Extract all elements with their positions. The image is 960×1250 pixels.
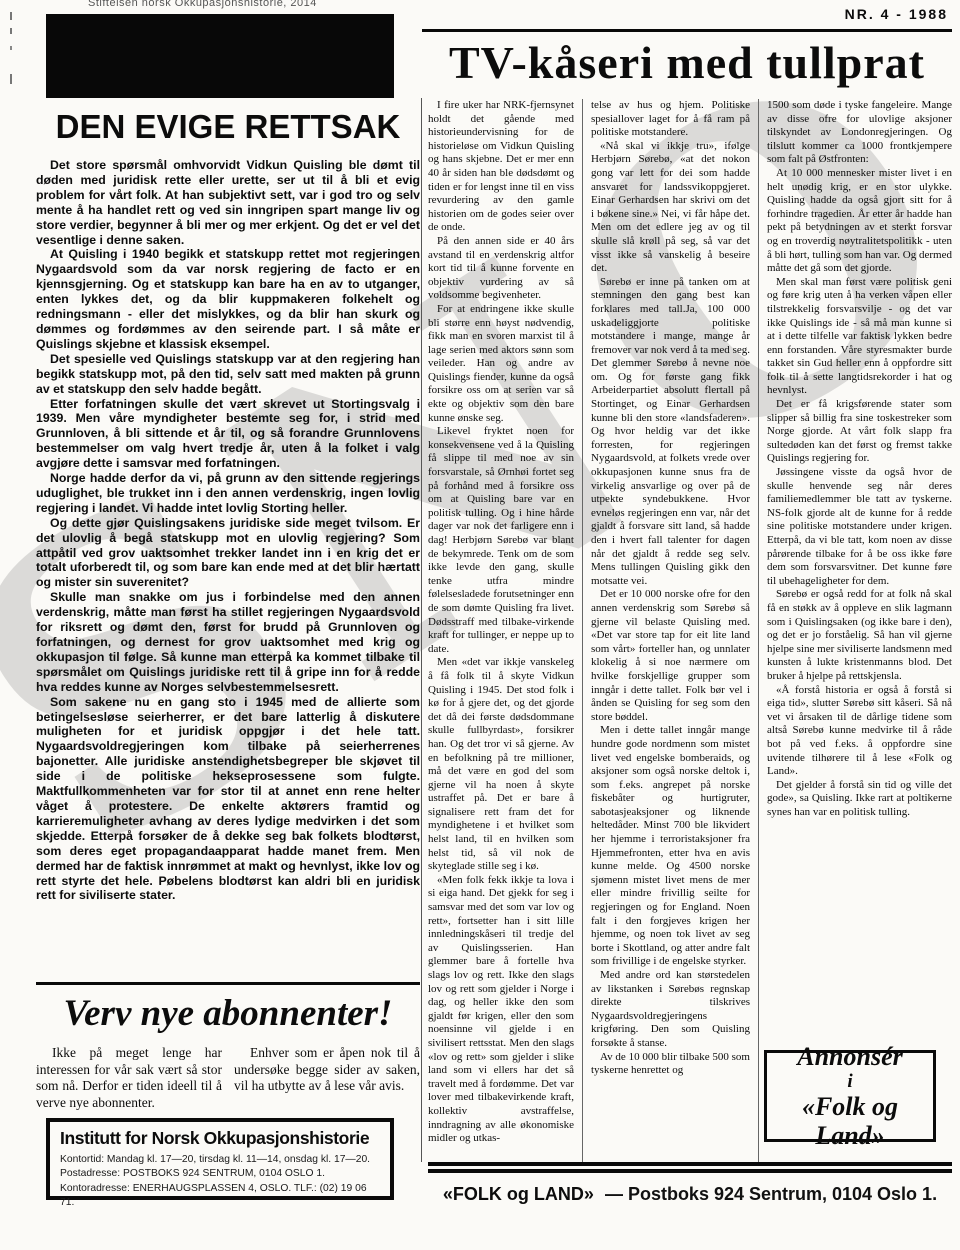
institute-info-line: Kontoradresse: ENERHAUGSPLASSEN 4, OSLO.… — [60, 1182, 380, 1211]
article-paragraph: Men «det var ikkje vanskeleg å få folk t… — [428, 656, 574, 874]
article-paragraph: telse av hus og hjem. Politiske spesiall… — [591, 99, 750, 140]
scan-margin-marks — [10, 12, 12, 84]
advert-line: Annonsér — [767, 1042, 933, 1071]
article-paragraph: Men skal man først være politisk geni og… — [767, 276, 952, 398]
main-article-columns: I fire uker har NRK-fjernsynet holdt det… — [428, 99, 952, 1163]
newspaper-page: SNO Stiftelsen norsk Okkupasjonshistorie… — [0, 0, 960, 1250]
subscribe-columns: Ikke på meget lenge har interessen for v… — [36, 1045, 420, 1111]
article-paragraph: Det gjelder å forstå sin tid og ville de… — [767, 779, 952, 820]
footer-address: — Postboks 924 Sentrum, 0104 Oslo 1. — [605, 1184, 937, 1204]
article-paragraph: «Nå skal vi ikkje tru», ifølge Herbjørn … — [591, 140, 750, 276]
article-paragraph: Av de 10 000 blir tilbake 500 som tysker… — [591, 1051, 750, 1078]
article-paragraph: Sørebø er inne på tanken om at stemninge… — [591, 276, 750, 589]
main-article-column-1: I fire uker har NRK-fjernsynet holdt det… — [428, 99, 574, 1163]
advert-line: «Folk og Land» — [767, 1092, 933, 1150]
left-article-paragraph: At Quisling i 1940 begikk et statskupp r… — [36, 247, 420, 351]
advert-line: i — [767, 1071, 933, 1092]
subscribe-text-right: Enhver som er åpen nok til å undersøke b… — [234, 1045, 420, 1111]
article-paragraph: Det er 10 000 norske ofre for den annen … — [591, 588, 750, 724]
left-article-paragraph: Det spesielle ved Quislings statskupp va… — [36, 352, 420, 397]
article-paragraph: Likevel fryktet noen for konsekvensene v… — [428, 425, 574, 656]
column-divider-rule — [421, 98, 422, 1162]
headline-rule — [422, 29, 952, 32]
article-paragraph: 1500 som døde i tyske fangeleire. Mange … — [767, 99, 952, 167]
left-article-title: DEN EVIGE RETTSAK — [36, 108, 420, 146]
left-article-paragraph: Skulle man snakke om jus i forbindelse m… — [36, 590, 420, 694]
article-paragraph: På den annen side er 40 års avstand til … — [428, 235, 574, 303]
main-article-column-2: telse av hus og hjem. Politiske spesiall… — [582, 99, 750, 1163]
issue-number: NR. 4 - 1988 — [845, 6, 948, 22]
left-article-body: Det store spørsmål omhvorvidt Vidkun Qui… — [36, 158, 420, 976]
main-article-column-3: 1500 som døde i tyske fangeleire. Mange … — [758, 99, 952, 1163]
article-paragraph: «Å forstå historia er også å forstå si e… — [767, 684, 952, 779]
institute-info-box: Institutt for Norsk Okkupasjonshistorie … — [46, 1118, 394, 1200]
left-article-paragraph: Som sakene nu en gang sto i 1945 med de … — [36, 695, 420, 904]
article-paragraph: Men i dette tallet inngår mange hundre g… — [591, 724, 750, 969]
subscribe-text-left: Ikke på meget lenge har interessen for v… — [36, 1045, 222, 1111]
article-paragraph: «Men folk fekk ikkje ta lova i si eiga h… — [428, 874, 574, 1146]
article-paragraph: For at endringene ikke skulle bli større… — [428, 303, 574, 425]
footer-brand: «FOLK og LAND» — [443, 1184, 594, 1204]
article-paragraph: Jøssingene visste da også hvor de skulle… — [767, 466, 952, 588]
institute-info-line: Postadresse: POSTBOKS 924 SENTRUM, 0104 … — [60, 1167, 380, 1181]
institute-info-line: Kontortid: Mandag kl. 17—20, tirsdag kl.… — [60, 1153, 380, 1167]
institute-title: Institutt for Norsk Okkupasjonshistorie — [60, 1128, 380, 1149]
article-paragraph: Det er få krigsførende stater som slippe… — [767, 398, 952, 466]
footer-banner: «FOLK og LAND» — Postboks 924 Sentrum, 0… — [428, 1184, 952, 1205]
subscribe-title: Verv nye abonnenter! — [36, 992, 420, 1035]
left-article: DEN EVIGE RETTSAK Det store spørsmål omh… — [36, 108, 420, 976]
advert-box: Annonséri«Folk og Land» — [764, 1050, 936, 1142]
redaction-box — [46, 14, 394, 98]
left-article-paragraph: Det store spørsmål omhvorvidt Vidkun Qui… — [36, 158, 420, 247]
main-headline: TV-kåseri med tullprat — [422, 36, 952, 89]
institute-details: Kontortid: Mandag kl. 17—20, tirsdag kl.… — [60, 1153, 380, 1210]
section-rule — [36, 982, 420, 985]
scan-header-note: Stiftelsen norsk Okkupasjonshistorie, 20… — [88, 0, 317, 9]
subscribe-callout: Verv nye abonnenter! Ikke på meget lenge… — [36, 992, 420, 1111]
article-paragraph: Med andre ord kan størstedelen av liksta… — [591, 969, 750, 1051]
article-paragraph: I fire uker har NRK-fjernsynet holdt det… — [428, 99, 574, 235]
left-article-paragraph: Norge hadde derfor da vi, på grunn av de… — [36, 471, 420, 516]
left-article-paragraph: Etter forfatningen skulle det vært skrev… — [36, 397, 420, 472]
article-paragraph: At 10 000 mennesker mister livet i en he… — [767, 167, 952, 276]
left-article-paragraph: Og dette gjør Quislingsakens juridiske s… — [36, 516, 420, 591]
article-paragraph: Sørebø er også redd for at folk nå skal … — [767, 588, 952, 683]
footer-double-rule — [428, 1162, 952, 1166]
